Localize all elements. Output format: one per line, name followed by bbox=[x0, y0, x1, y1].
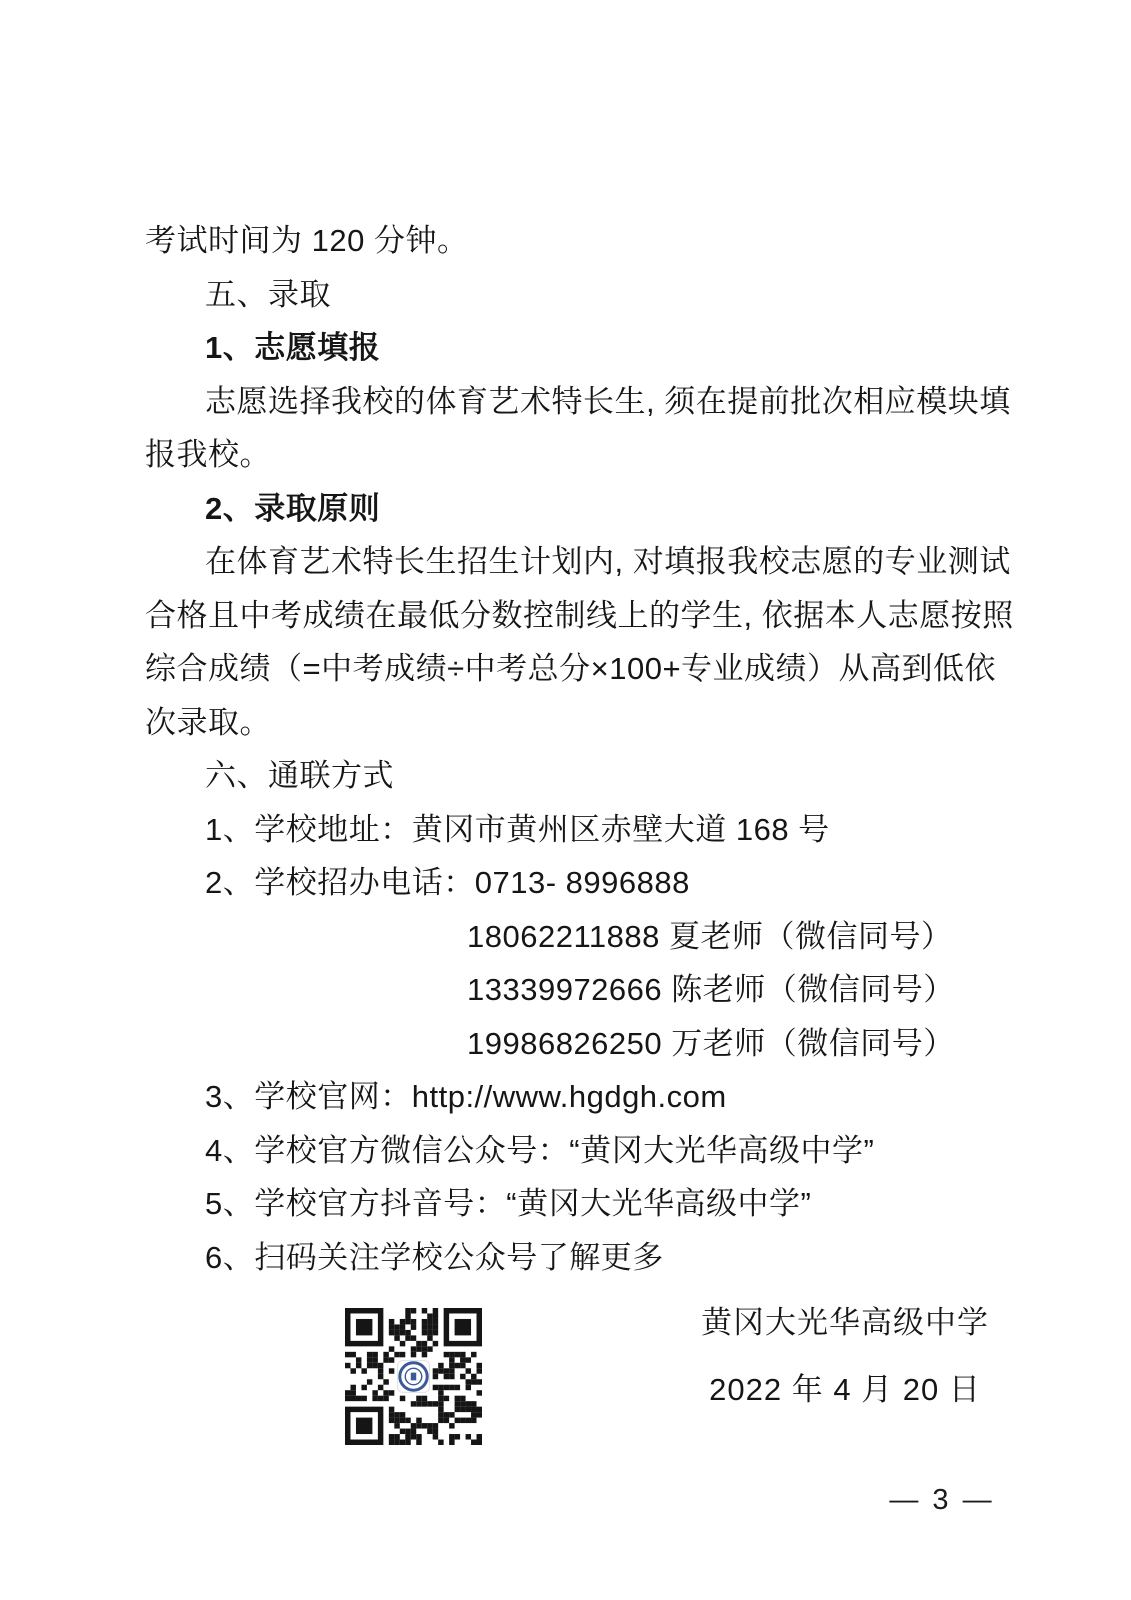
douyin-account-line: 5、学校官方抖音号：“黄冈大光华高级中学” bbox=[145, 1177, 985, 1231]
text-line: 报我校。 bbox=[145, 428, 985, 482]
text-line: 次录取。 bbox=[145, 696, 985, 750]
text-line: 在体育艺术特长生招生计划内, 对填报我校志愿的专业测试 bbox=[145, 535, 985, 589]
section-heading: 六、通联方式 bbox=[145, 749, 985, 803]
sub-heading: 2、录取原则 bbox=[145, 482, 985, 536]
website-line: 3、学校官网：http://www.hgdgh.com bbox=[145, 1070, 985, 1124]
scan-hint-line: 6、扫码关注学校公众号了解更多 bbox=[145, 1231, 985, 1285]
signature-school-name: 黄冈大光华高级中学 bbox=[690, 1300, 1000, 1345]
contact-phone-line: 18062211888 夏老师（微信同号） bbox=[145, 910, 985, 964]
wechat-account-line: 4、学校官方微信公众号：“黄冈大光华高级中学” bbox=[145, 1124, 985, 1178]
text-line: 志愿选择我校的体育艺术特长生, 须在提前批次相应模块填 bbox=[145, 375, 985, 429]
contact-phone-line: 19986826250 万老师（微信同号） bbox=[145, 1017, 985, 1071]
qr-code bbox=[345, 1308, 482, 1445]
text-line: 考试时间为 120 分钟。 bbox=[145, 214, 985, 268]
text-line: 综合成绩（=中考成绩÷中考总分×100+专业成绩）从高到低依 bbox=[145, 642, 985, 696]
contact-phone-line: 13339972666 陈老师（微信同号） bbox=[145, 963, 985, 1017]
document-page: 考试时间为 120 分钟。 五、录取 1、志愿填报 志愿选择我校的体育艺术特长生… bbox=[0, 0, 1131, 1600]
contact-phone-line: 2、学校招办电话：0713- 8996888 bbox=[145, 856, 985, 910]
sub-heading: 1、志愿填报 bbox=[145, 321, 985, 375]
signature-date: 2022 年 4 月 20 日 bbox=[690, 1367, 1000, 1412]
text-line: 合格且中考成绩在最低分数控制线上的学生, 依据本人志愿按照 bbox=[145, 589, 985, 643]
contact-address-line: 1、学校地址：黄冈市黄州区赤壁大道 168 号 bbox=[145, 803, 985, 857]
document-body: 考试时间为 120 分钟。 五、录取 1、志愿填报 志愿选择我校的体育艺术特长生… bbox=[145, 214, 985, 1284]
page-number: — 3 — bbox=[872, 1482, 1012, 1518]
section-heading: 五、录取 bbox=[145, 268, 985, 322]
signature-block: 黄冈大光华高级中学 2022 年 4 月 20 日 bbox=[690, 1300, 1000, 1412]
